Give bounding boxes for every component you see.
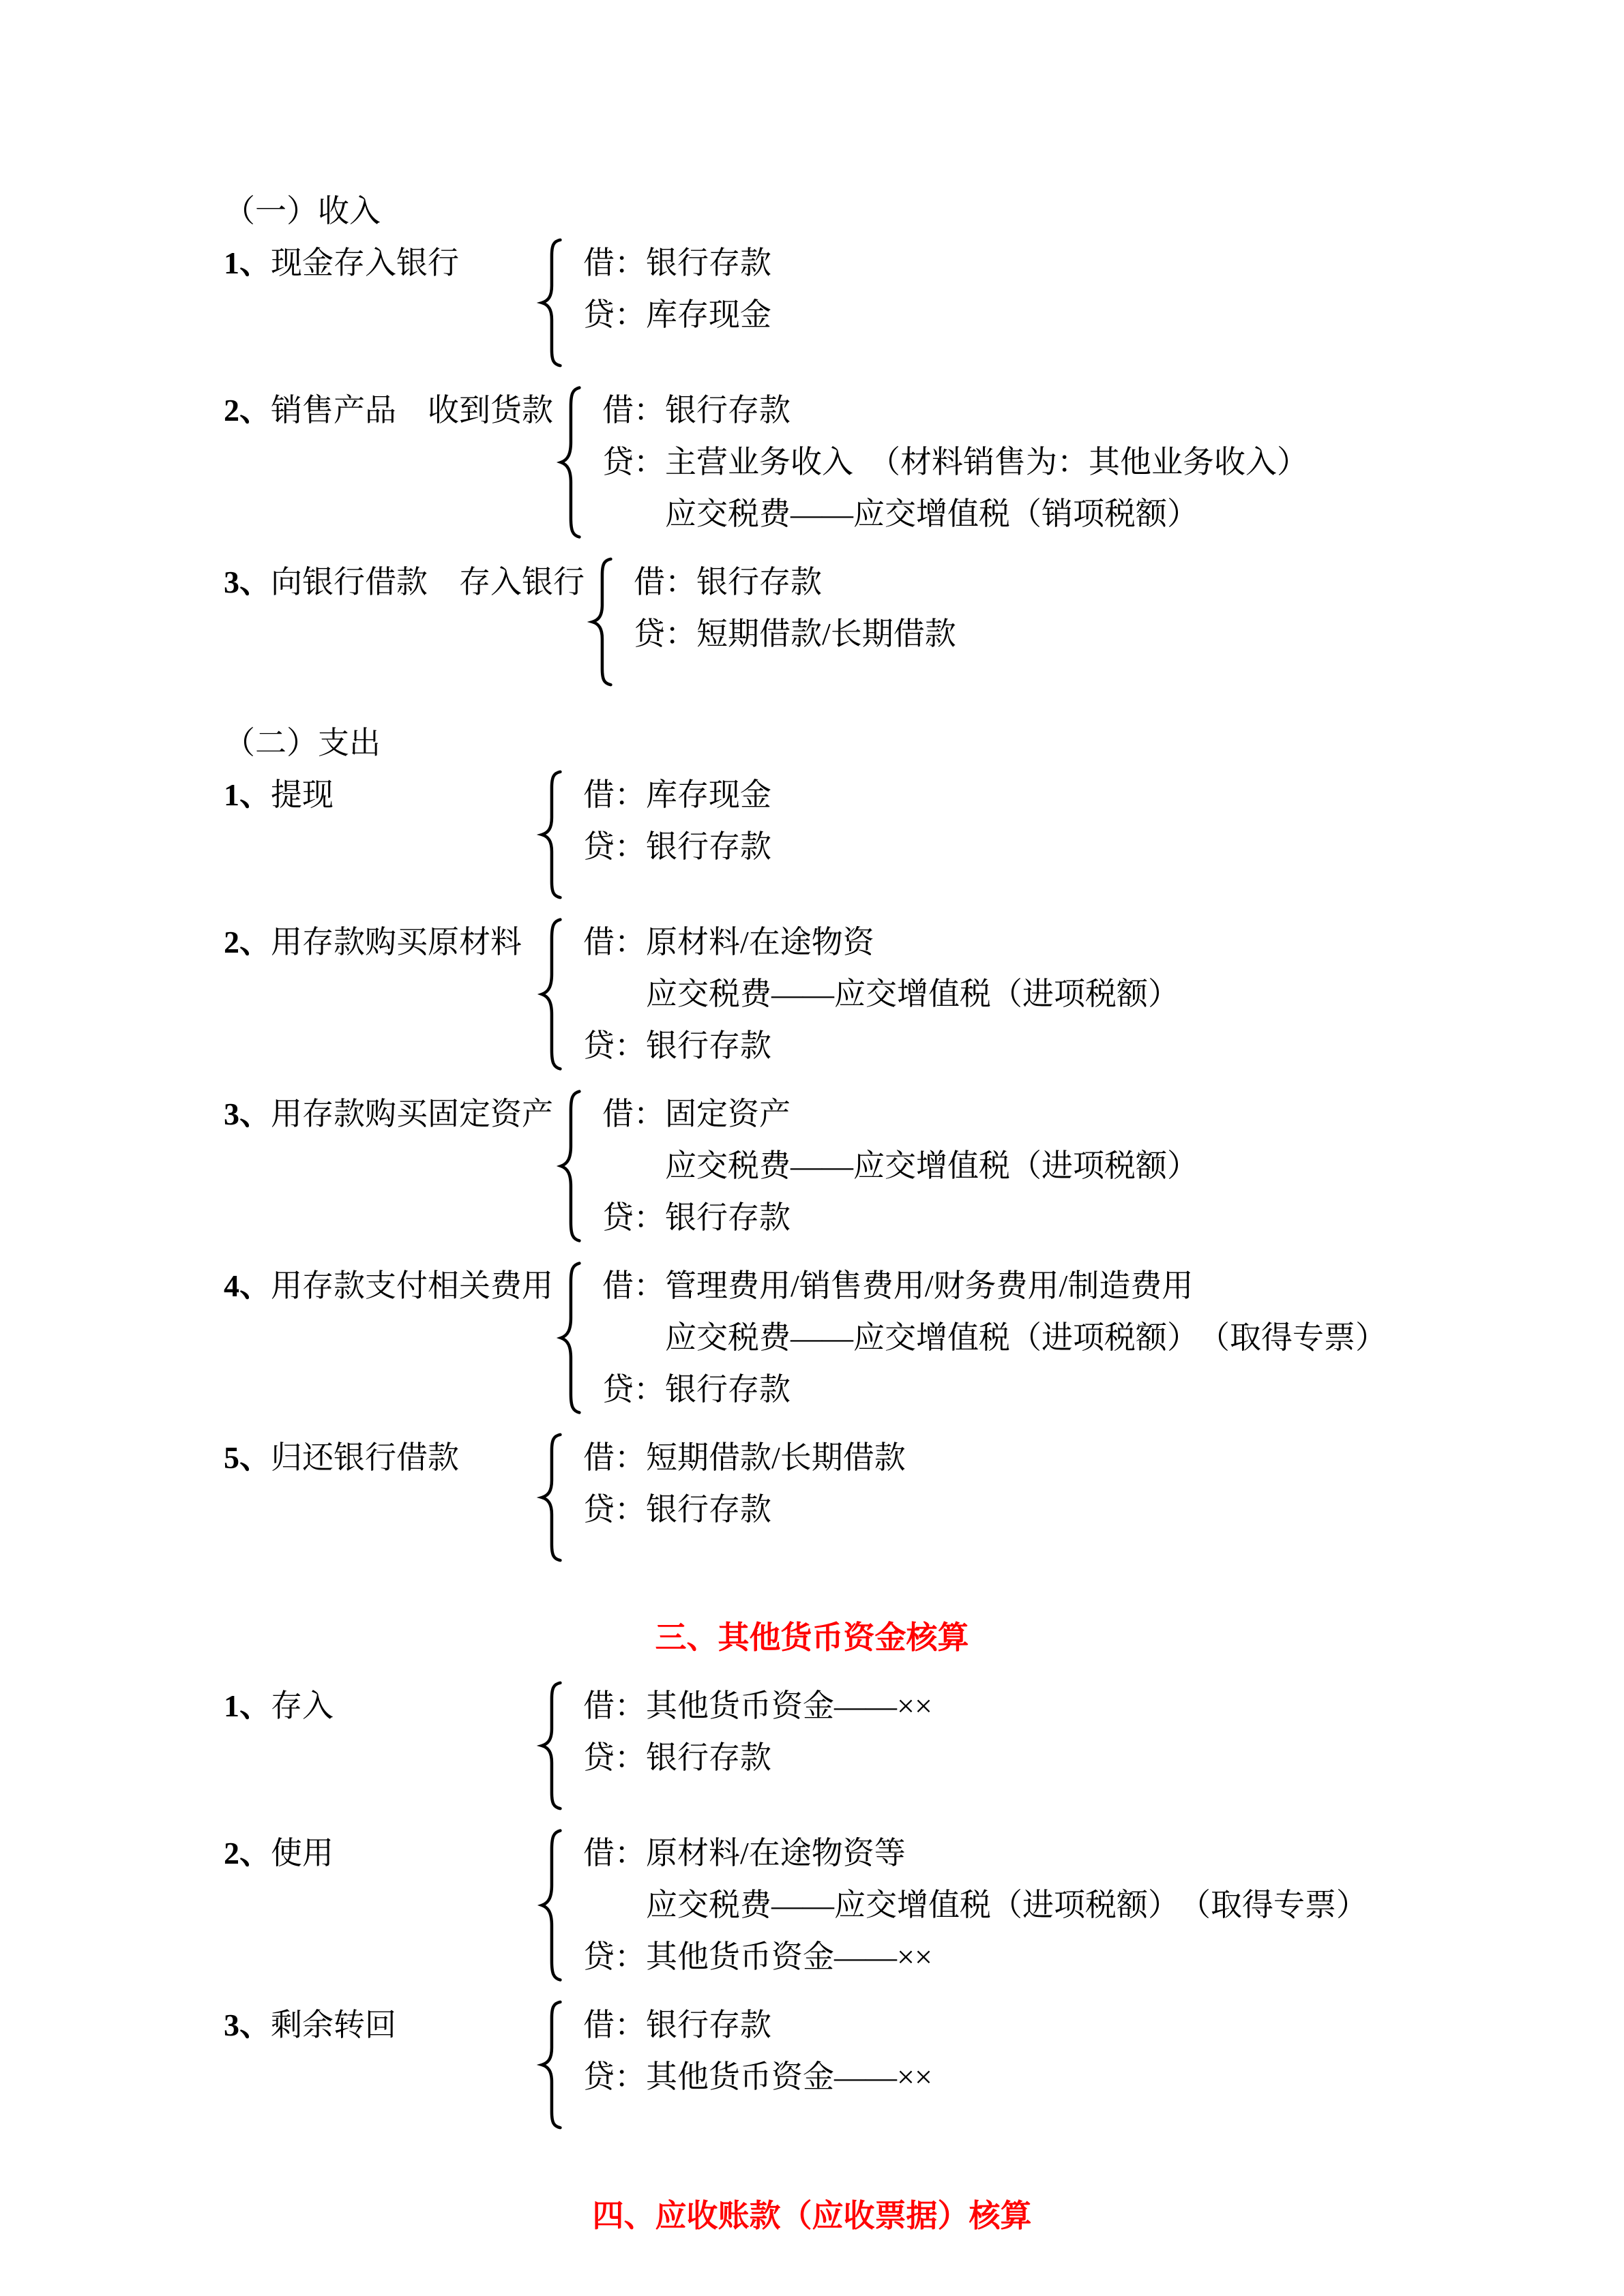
entry-line: 贷：库存现金 — [583, 289, 771, 341]
entry-item: 1、提现 借：库存现金 贷：银行存款 — [224, 769, 1624, 900]
entry-number: 2、 — [224, 393, 271, 428]
entry-item: 2、销售产品 收到货款 借：银行存款 贷：主营业务收入 （材料销售为：其他业务收… — [224, 385, 1624, 540]
entry-line: 借：原材料/在途物资 — [583, 916, 1179, 968]
entry-line: 贷：银行存款 — [583, 1020, 1179, 1072]
heading-accounts-receivable: 四、应收账款（应收票据）核算 — [0, 2190, 1624, 2242]
brace-icon — [534, 1680, 567, 1811]
entry-line: 应交税费——应交增值税（进项税额） — [602, 1140, 1198, 1192]
entry-label-text: 销售产品 收到货款 — [271, 393, 553, 428]
entry-line: 借：银行存款 — [583, 1999, 932, 2051]
brace-icon — [553, 1088, 586, 1244]
entry-number: 3、 — [224, 2008, 271, 2042]
entry-lines: 借：银行存款 贷：短期借款/长期借款 — [617, 556, 956, 687]
brace-icon — [585, 556, 617, 687]
entry-number: 3、 — [224, 1097, 271, 1131]
entry-number: 2、 — [224, 1836, 271, 1870]
entry-item: 3、剩余转回 借：银行存款 贷：其他货币资金——×× — [224, 1999, 1624, 2130]
entry-lines: 借：原材料/在途物资等 应交税费——应交增值税（进项税额） （取得专票） 贷：其… — [567, 1828, 1368, 1983]
entry-number: 3、 — [224, 565, 271, 599]
entry-line: 借：原材料/在途物资等 — [583, 1828, 1368, 1879]
entry-number: 4、 — [224, 1268, 271, 1303]
entry-line: 借：库存现金 — [583, 769, 771, 821]
brace-icon — [534, 1999, 567, 2130]
entry-label-text: 剩余转回 — [271, 2008, 396, 2042]
entry-label: 2、销售产品 收到货款 — [224, 385, 553, 540]
entry-line: 应交税费——应交增值税（进项税额） — [583, 968, 1179, 1020]
entry-line: 应交税费——应交增值税（进项税额） （取得专票） — [602, 1312, 1387, 1364]
entry-line: 贷：主营业务收入 （材料销售为：其他业务收入） — [602, 436, 1308, 488]
entry-line: 贷：银行存款 — [583, 1732, 932, 1784]
entry-number: 1、 — [224, 245, 271, 280]
entry-label: 3、用存款购买固定资产 — [224, 1088, 553, 1244]
entry-label-text: 用存款购买固定资产 — [271, 1097, 553, 1131]
entry-line: 贷：短期借款/长期借款 — [634, 608, 956, 660]
brace-icon — [534, 1828, 567, 1983]
entry-lines: 借：管理费用/销售费用/财务费用/制造费用 应交税费——应交增值税（进项税额） … — [586, 1260, 1387, 1416]
entry-item: 3、向银行借款 存入银行 借：银行存款 贷：短期借款/长期借款 — [224, 556, 1624, 687]
entry-line: 借：银行存款 — [602, 385, 1308, 436]
entry-lines: 借：银行存款 贷：主营业务收入 （材料销售为：其他业务收入） 应交税费——应交增… — [586, 385, 1308, 540]
entry-line: 借：短期借款/长期借款 — [583, 1432, 906, 1484]
entry-label: 3、向银行借款 存入银行 — [224, 556, 585, 687]
entries-block-other-monetary: 1、存入 借：其他货币资金——×× 贷：银行存款 2、使用 借：原材料/在途物资… — [0, 1680, 1624, 2130]
entry-lines: 借：银行存款 贷：其他货币资金——×× — [567, 1999, 932, 2130]
entry-label: 2、用存款购买原材料 — [224, 916, 534, 1072]
entry-item: 2、使用 借：原材料/在途物资等 应交税费——应交增值税（进项税额） （取得专票… — [224, 1828, 1624, 1983]
entry-lines: 借：银行存款 贷：库存现金 — [567, 237, 771, 368]
entry-label-text: 现金存入银行 — [271, 245, 459, 280]
entry-label: 1、提现 — [224, 769, 534, 900]
heading-other-monetary-funds: 三、其他货币资金核算 — [0, 1612, 1624, 1664]
entry-number: 1、 — [224, 777, 271, 812]
entry-line: 借：其他货币资金——×× — [583, 1680, 932, 1732]
section-header-income: （一）收入 — [224, 185, 1624, 237]
entry-line: 借：银行存款 — [634, 556, 956, 608]
entry-label: 5、归还银行借款 — [224, 1432, 534, 1563]
entry-lines: 借：短期借款/长期借款 贷：银行存款 — [567, 1432, 906, 1563]
entry-item: 5、归还银行借款 借：短期借款/长期借款 贷：银行存款 — [224, 1432, 1624, 1563]
entry-line: 贷：银行存款 — [602, 1192, 1198, 1244]
brace-icon — [534, 916, 567, 1072]
entry-label-text: 存入 — [271, 1688, 334, 1723]
entry-label-text: 使用 — [271, 1836, 334, 1870]
entry-line: 贷：其他货币资金——×× — [583, 1931, 1368, 1983]
entry-line: 应交税费——应交增值税（销项税额） — [602, 488, 1308, 540]
entry-line: 贷：其他货币资金——×× — [583, 2051, 932, 2103]
brace-icon — [553, 385, 586, 540]
entry-label-text: 提现 — [271, 777, 334, 812]
entry-line: 贷：银行存款 — [602, 1364, 1387, 1416]
entries-block-main: （一）收入 1、现金存入银行 借：银行存款 贷：库存现金 2、销售产品 收到货款… — [0, 185, 1624, 1563]
entry-number: 1、 — [224, 1688, 271, 1723]
document-page: （一）收入 1、现金存入银行 借：银行存款 贷：库存现金 2、销售产品 收到货款… — [0, 0, 1624, 2296]
entry-line: 借：管理费用/销售费用/财务费用/制造费用 — [602, 1260, 1387, 1312]
entry-lines: 借：库存现金 贷：银行存款 — [567, 769, 771, 900]
entry-line: 贷：银行存款 — [583, 821, 771, 873]
entry-label: 3、剩余转回 — [224, 1999, 534, 2130]
entry-label: 1、存入 — [224, 1680, 534, 1811]
entry-number: 5、 — [224, 1440, 271, 1475]
entry-item: 2、用存款购买原材料 借：原材料/在途物资 应交税费——应交增值税（进项税额） … — [224, 916, 1624, 1072]
entry-label: 4、用存款支付相关费用 — [224, 1260, 553, 1416]
entry-number: 2、 — [224, 925, 271, 959]
entry-item: 1、存入 借：其他货币资金——×× 贷：银行存款 — [224, 1680, 1624, 1811]
entry-label-text: 用存款购买原材料 — [271, 925, 522, 959]
entry-line: 应交税费——应交增值税（进项税额） （取得专票） — [583, 1879, 1368, 1931]
entry-line: 贷：银行存款 — [583, 1484, 906, 1536]
brace-icon — [534, 769, 567, 900]
entry-line: 借：银行存款 — [583, 237, 771, 289]
entry-lines: 借：固定资产 应交税费——应交增值税（进项税额） 贷：银行存款 — [586, 1088, 1198, 1244]
entry-item: 1、现金存入银行 借：银行存款 贷：库存现金 — [224, 237, 1624, 368]
entry-label: 2、使用 — [224, 1828, 534, 1983]
entry-label-text: 向银行借款 存入银行 — [271, 565, 585, 599]
brace-icon — [553, 1260, 586, 1416]
entry-label-text: 用存款支付相关费用 — [271, 1268, 553, 1303]
entry-lines: 借：原材料/在途物资 应交税费——应交增值税（进项税额） 贷：银行存款 — [567, 916, 1179, 1072]
brace-icon — [534, 1432, 567, 1563]
entry-item: 3、用存款购买固定资产 借：固定资产 应交税费——应交增值税（进项税额） 贷：银… — [224, 1088, 1624, 1244]
section-header-expense: （二）支出 — [224, 717, 1624, 769]
entry-lines: 借：其他货币资金——×× 贷：银行存款 — [567, 1680, 932, 1811]
entry-item: 4、用存款支付相关费用 借：管理费用/销售费用/财务费用/制造费用 应交税费——… — [224, 1260, 1624, 1416]
brace-icon — [534, 237, 567, 368]
entry-line: 借：固定资产 — [602, 1088, 1198, 1140]
entry-label-text: 归还银行借款 — [271, 1440, 459, 1475]
entry-label: 1、现金存入银行 — [224, 237, 534, 368]
